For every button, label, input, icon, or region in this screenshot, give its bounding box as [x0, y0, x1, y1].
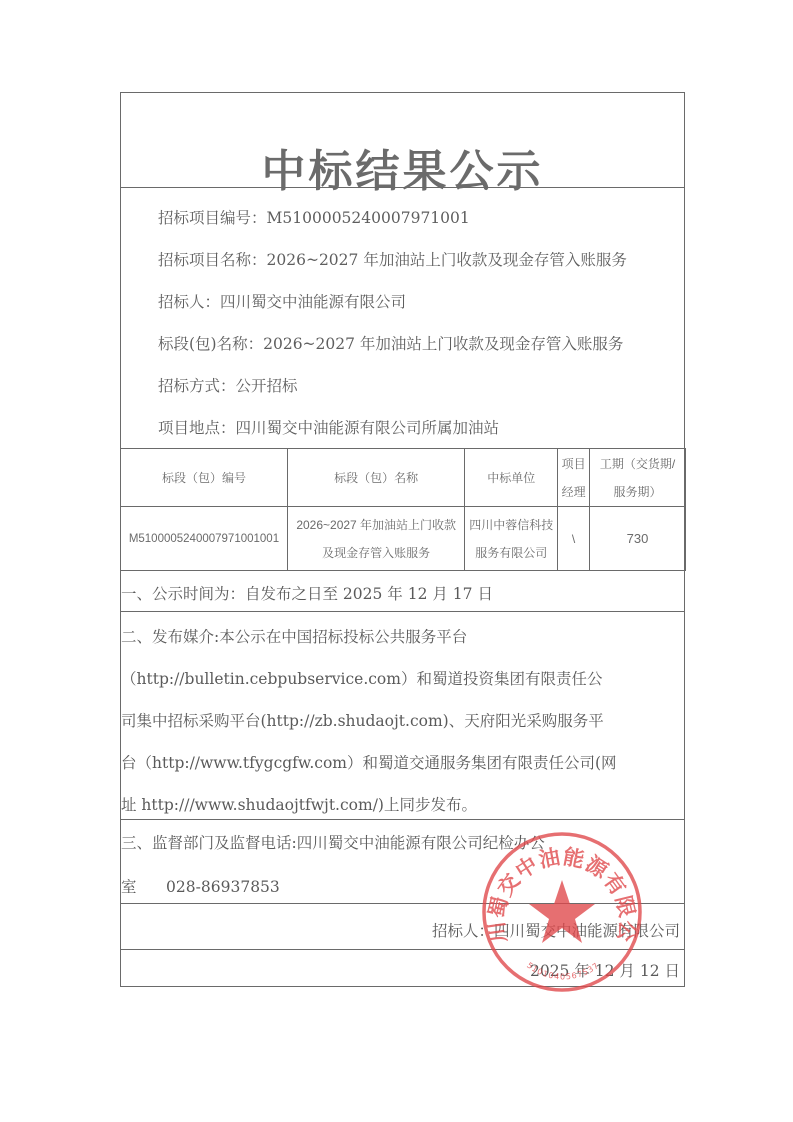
- header-lot-code: 标段（包）编号: [121, 449, 288, 507]
- field-value: 四川蜀交中油能源有限公司所属加油站: [236, 419, 500, 437]
- field-project-number: 招标项目编号：M5100005240007971001: [158, 206, 470, 228]
- divider: [121, 819, 684, 820]
- page-title: 中标结果公示: [121, 135, 684, 199]
- field-lot-name: 标段(包)名称：2026~2027 年加油站上门收款及现金存管入账服务: [158, 332, 623, 354]
- table-header-row: 标段（包）编号 标段（包）名称 中标单位 项目 经理 工期（交货期/ 服务期）: [121, 449, 686, 507]
- field-label: 招标方式：: [158, 377, 236, 395]
- field-tenderer: 招标人：四川蜀交中油能源有限公司: [158, 290, 406, 312]
- header-period: 工期（交货期/ 服务期）: [590, 449, 686, 507]
- field-project-name: 招标项目名称：2026~2027 年加油站上门收款及现金存管入账服务: [158, 248, 627, 270]
- divider: [121, 611, 684, 612]
- header-manager: 项目 经理: [558, 449, 590, 507]
- field-value: 公开招标: [236, 377, 298, 395]
- field-project-location: 项目地点：四川蜀交中油能源有限公司所属加油站: [158, 416, 499, 438]
- field-value: 四川蜀交中油能源有限公司: [220, 293, 406, 311]
- field-value: M5100005240007971001: [267, 209, 470, 227]
- cell-lot-code: M5100005240007971001001: [121, 507, 288, 571]
- field-label: 项目地点：: [158, 419, 236, 437]
- cell-manager: \: [558, 507, 590, 571]
- field-label: 招标项目编号：: [158, 209, 267, 227]
- field-label: 招标人：: [158, 293, 220, 311]
- field-value: 2026~2027 年加油站上门收款及现金存管入账服务: [267, 251, 627, 269]
- table-row: M5100005240007971001001 2026~2027 年加油站上门…: [121, 507, 686, 571]
- field-tender-method: 招标方式：公开招标: [158, 374, 298, 396]
- svg-text:5101040567537: 5101040567537: [525, 961, 601, 982]
- result-table: 标段（包）编号 标段（包）名称 中标单位 项目 经理 工期（交货期/ 服务期） …: [120, 448, 686, 571]
- field-value: 2026~2027 年加油站上门收款及现金存管入账服务: [263, 335, 623, 353]
- company-seal-icon: 四川蜀交中油能源有限公司 5101040567537: [480, 830, 644, 994]
- cell-lot-name: 2026~2027 年加油站上门收款 及现金存管入账服务: [287, 507, 465, 571]
- cell-winner: 四川中蓉信科技 服务有限公司: [465, 507, 558, 571]
- divider: [121, 187, 684, 188]
- section-publicity-period: 一、公示时间为：自发布之日至 2025 年 12 月 17 日: [121, 582, 493, 604]
- cell-period: 730: [590, 507, 686, 571]
- field-label: 招标项目名称：: [158, 251, 267, 269]
- field-label: 标段(包)名称：: [158, 335, 263, 353]
- header-winner: 中标单位: [465, 449, 558, 507]
- header-lot-name: 标段（包）名称: [287, 449, 465, 507]
